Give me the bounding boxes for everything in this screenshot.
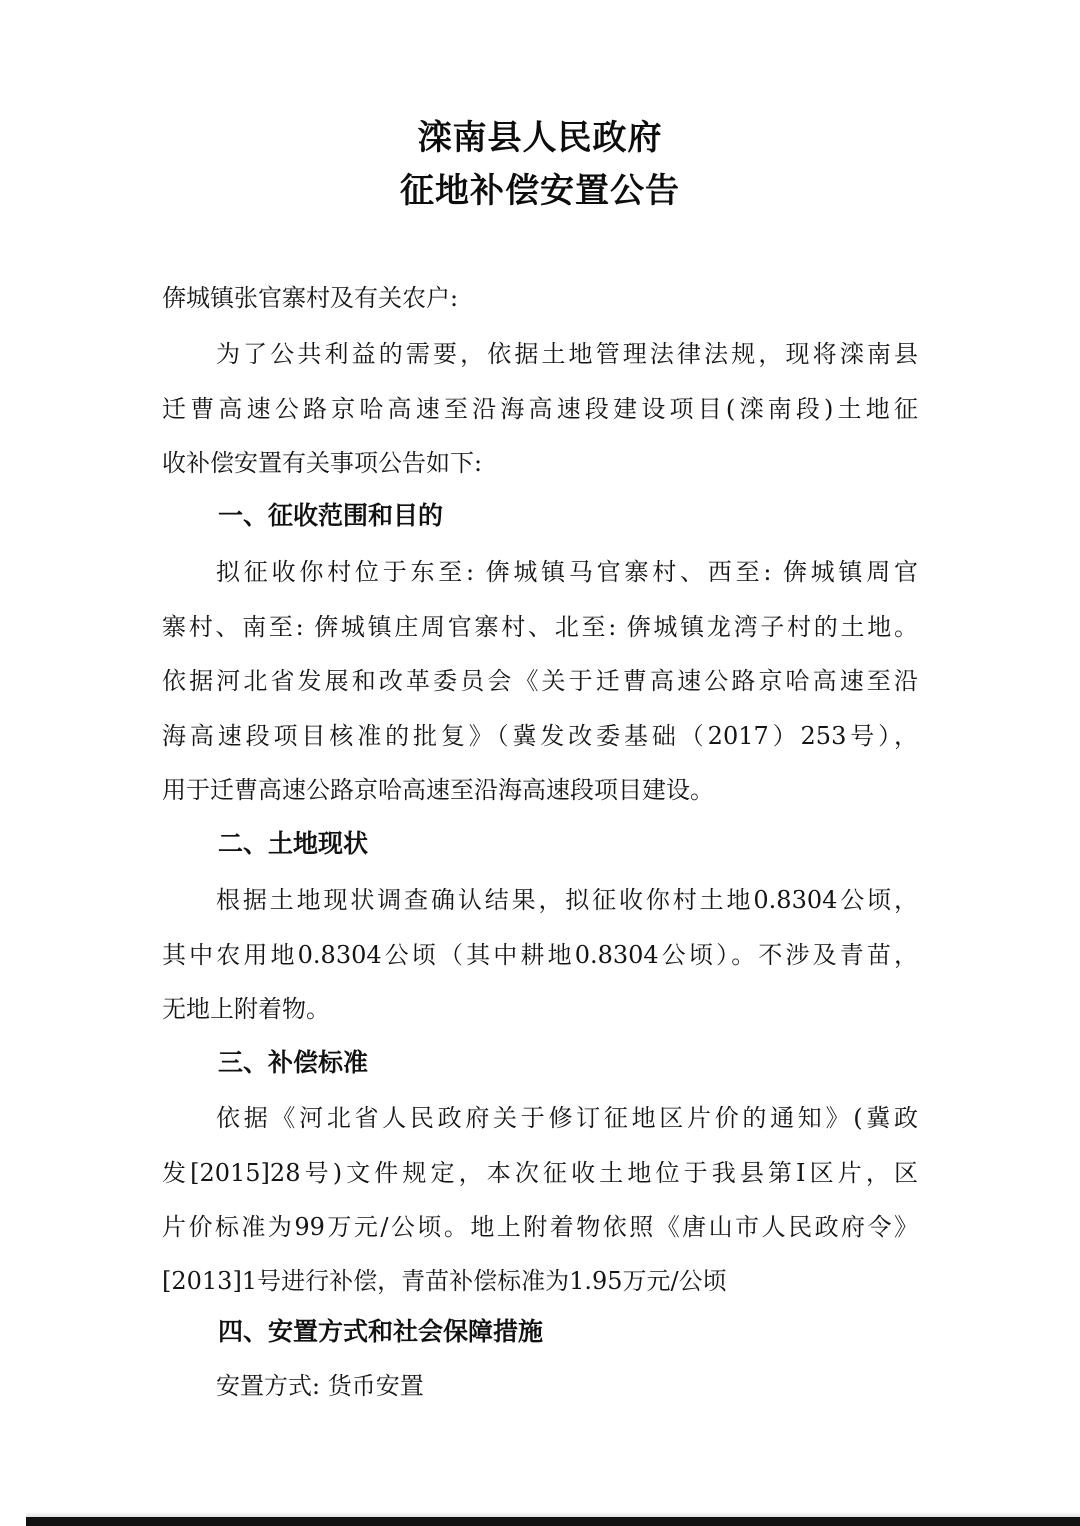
section-heading-scope: 一、征收范围和目的 (218, 500, 443, 532)
section-line: 其中农用地0.8304公顷（其中耕地0.8304公顷）。不涉及青苗， (162, 939, 918, 971)
section-line: [2013]1号进行补偿，青苗补偿标准为1.95万元/公顷 (162, 1265, 918, 1297)
section-line: 片价标准为99万元/公顷。地上附着物依照《唐山市人民政府令》 (162, 1211, 918, 1243)
section-line: 拟征收你村位于东至: 倴城镇马官寨村、西至: 倴城镇周官 (216, 556, 918, 588)
section-line: 根据土地现状调查确认结果，拟征收你村土地0.8304公顷， (216, 884, 918, 916)
section-line: 寨村、南至: 倴城镇庄周官寨村、北至: 倴城镇龙湾子村的土地。 (162, 611, 918, 643)
intro-line: 迁曹高速公路京哈高速至沿海高速段建设项目(滦南段)土地征 (162, 393, 918, 425)
section-line: 安置方式: 货币安置 (216, 1370, 918, 1402)
section-line: 用于迁曹高速公路京哈高速至沿海高速段项目建设。 (162, 774, 918, 806)
intro-line: 收补偿安置有关事项公告如下: (162, 447, 918, 479)
section-heading-resettlement: 四、安置方式和社会保障措施 (218, 1316, 543, 1348)
section-line: 无地上附着物。 (162, 993, 918, 1025)
scan-bottom-border (26, 1517, 1080, 1526)
addressee: 倴城镇张官寨村及有关农户: (162, 282, 918, 314)
document-title-subject: 征地补偿安置公告 (0, 163, 1080, 212)
section-line: 依据《河北省人民政府关于修订征地区片价的通知》(冀政 (216, 1102, 918, 1134)
intro-line: 为了公共利益的需要，依据土地管理法律法规，现将滦南县 (216, 338, 918, 370)
section-heading-land-status: 二、土地现状 (218, 828, 368, 860)
section-line: 发[2015]28号)文件规定，本次征收土地位于我县第Ⅰ区片，区 (162, 1157, 918, 1189)
document-page: 滦南县人民政府 征地补偿安置公告 倴城镇张官寨村及有关农户: 为了公共利益的需要… (0, 0, 1080, 1526)
section-heading-compensation: 三、补偿标准 (218, 1047, 368, 1079)
document-title-issuer: 滦南县人民政府 (0, 110, 1080, 159)
section-line: 海高速段项目核准的批复》（冀发改委基础（2017）253号）， (162, 720, 918, 752)
section-line: 依据河北省发展和改革委员会《关于迁曹高速公路京哈高速至沿 (162, 665, 918, 697)
